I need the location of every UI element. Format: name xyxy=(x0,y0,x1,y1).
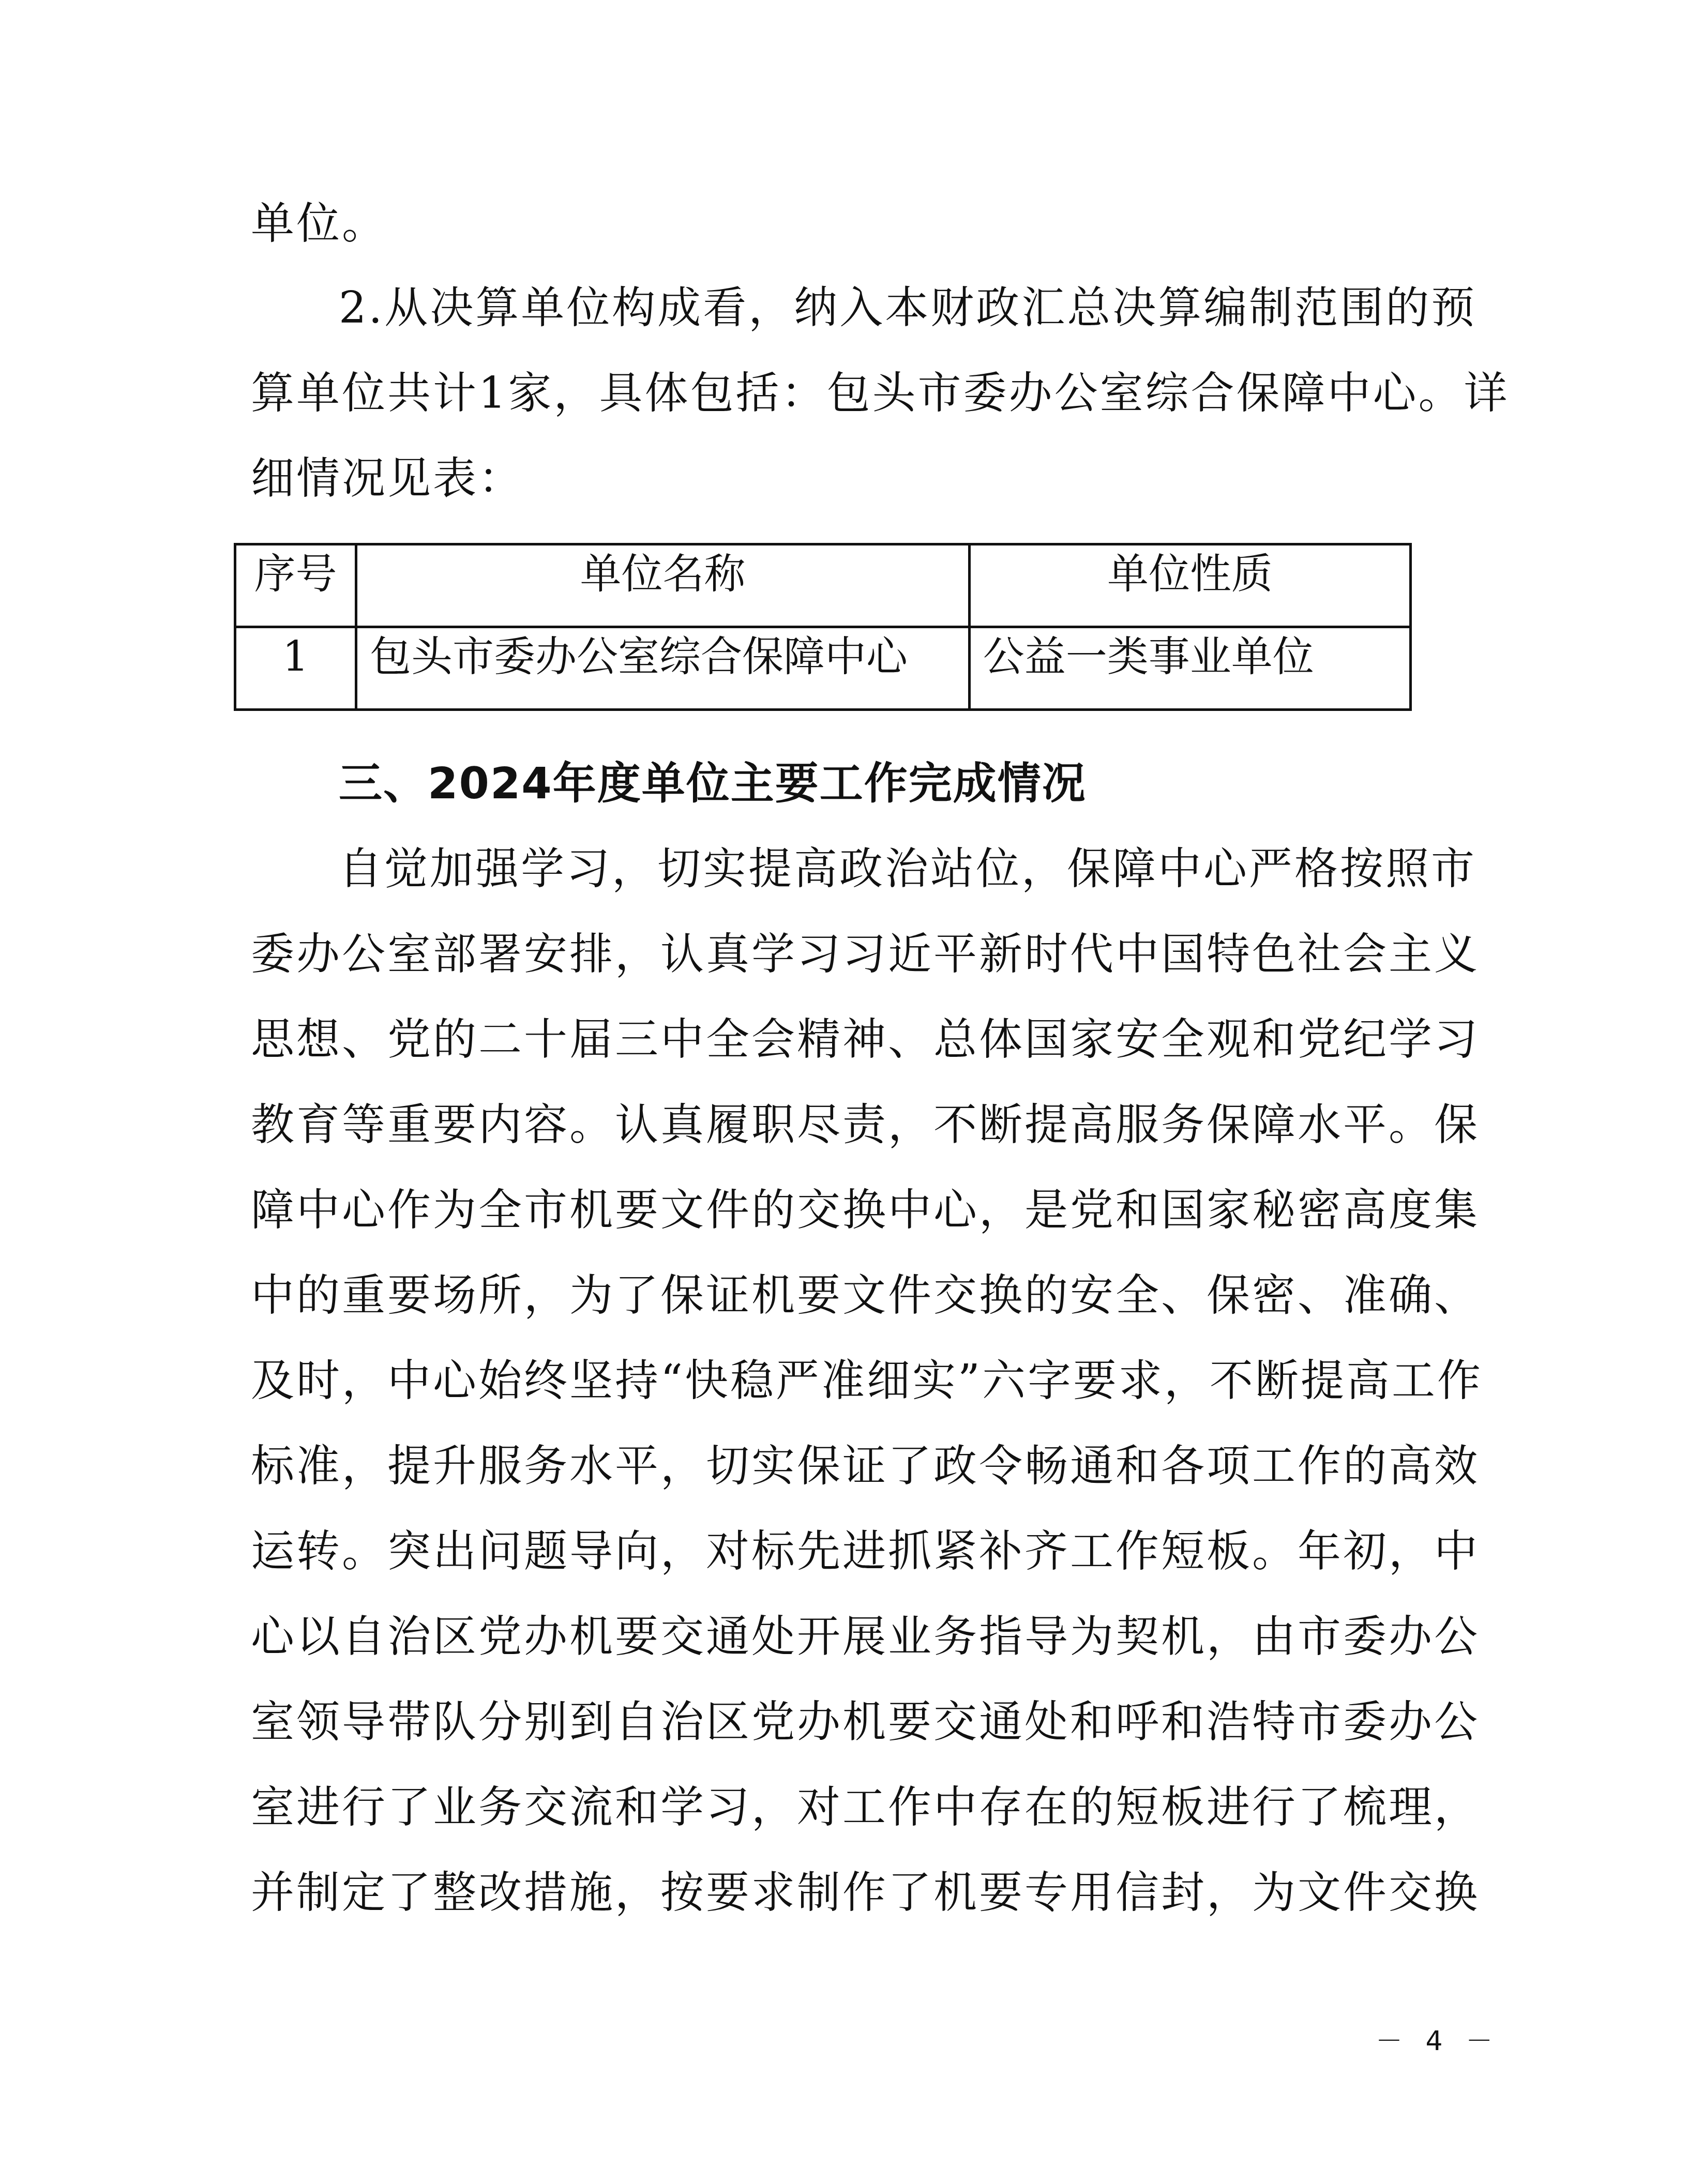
paragraph-line: 及时，中心始终坚持“快稳严准细实”六字要求，不断提高工作 xyxy=(251,1355,1440,1406)
page-number: － 4 － xyxy=(1376,2019,1500,2058)
paragraph-line: 运转。突出问题导向，对标先进抓紧补齐工作短板。年初，中 xyxy=(251,1525,1440,1577)
paragraph-line: 细情况见表： xyxy=(251,452,1440,504)
header-unit-type: 单位性质 xyxy=(969,544,1410,627)
section-heading: 三、2024年度单位主要工作完成情况 xyxy=(339,757,1087,809)
paragraph-line: 委办公室部署安排，认真学习习近平新时代中国特色社会主义 xyxy=(251,928,1440,980)
cell-unit-name: 包头市委办公室综合保障中心 xyxy=(356,627,970,710)
paragraph-line: 室领导带队分别到自治区党办机要交通处和呼和浩特市委办公 xyxy=(251,1696,1440,1748)
table-header-row: 序号 单位名称 单位性质 xyxy=(235,544,1411,627)
paragraph-line: 室进行了业务交流和学习，对工作中存在的短板进行了梳理， xyxy=(251,1781,1440,1833)
paragraph-line: 2.从决算单位构成看，纳入本财政汇总决算编制范围的预 xyxy=(339,282,1440,333)
paragraph-line: 障中心作为全市机要文件的交换中心，是党和国家秘密高度集 xyxy=(251,1184,1440,1236)
paragraph-line: 单位。 xyxy=(251,198,1440,249)
paragraph-line: 自觉加强学习，切实提高政治站位，保障中心严格按照市 xyxy=(339,843,1440,894)
cell-unit-type: 公益一类事业单位 xyxy=(969,627,1410,710)
header-serial-number: 序号 xyxy=(235,544,356,627)
paragraph-line: 心以自治区党办机要交通处开展业务指导为契机，由市委办公 xyxy=(251,1611,1440,1662)
paragraph-line: 标准，提升服务水平，切实保证了政令畅通和各项工作的高效 xyxy=(251,1440,1440,1492)
paragraph-line: 算单位共计1家，具体包括：包头市委办公室综合保障中心。详 xyxy=(251,367,1440,419)
header-unit-name: 单位名称 xyxy=(356,544,970,627)
units-table: 序号 单位名称 单位性质 1 包头市委办公室综合保障中心 公益一类事业单位 xyxy=(234,543,1412,711)
paragraph-line: 中的重要场所，为了保证机要文件交换的安全、保密、准确、 xyxy=(251,1269,1440,1321)
paragraph-line: 思想、党的二十届三中全会精神、总体国家安全观和党纪学习 xyxy=(251,1013,1440,1065)
paragraph-line: 教育等重要内容。认真履职尽责，不断提高服务保障水平。保 xyxy=(251,1099,1440,1150)
paragraph-line: 并制定了整改措施，按要求制作了机要专用信封，为文件交换 xyxy=(251,1867,1440,1918)
cell-serial-number: 1 xyxy=(235,627,356,710)
table-row: 1 包头市委办公室综合保障中心 公益一类事业单位 xyxy=(235,627,1411,710)
